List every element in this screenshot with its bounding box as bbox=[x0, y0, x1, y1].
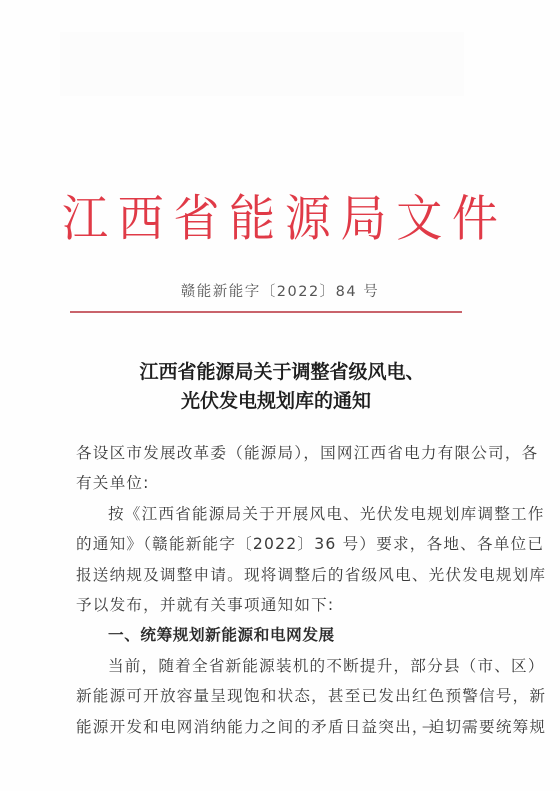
document-number: 赣能新能字〔2022〕84 号 bbox=[0, 280, 560, 301]
notice-title-line-1: 江西省能源局关于调整省级风电、 bbox=[0, 358, 560, 387]
notice-body: 各设区市发展改革委（能源局），国网江西省电力有限公司，各 有关单位: 按《江西省… bbox=[76, 438, 496, 742]
masthead-char: 西 bbox=[118, 186, 164, 251]
blank-header-area bbox=[60, 32, 464, 96]
masthead-char: 省 bbox=[173, 186, 219, 251]
body-paragraph-line: 当前，随着全省新能源装机的不断提升，部分县（市、区） bbox=[76, 651, 496, 681]
masthead-char: 件 bbox=[452, 186, 498, 251]
notice-title: 江西省能源局关于调整省级风电、 光伏发电规划库的通知 bbox=[0, 358, 560, 416]
masthead-char: 文 bbox=[396, 186, 442, 251]
body-paragraph-line: 予以发布，并就有关事项通知如下: bbox=[76, 590, 496, 620]
body-paragraph-line: 按《江西省能源局关于开展风电、光伏发电规划库调整工作 bbox=[76, 499, 496, 529]
masthead-char: 局 bbox=[341, 186, 387, 251]
notice-title-line-2: 光伏发电规划库的通知 bbox=[0, 387, 560, 416]
page-number: — 1 — bbox=[422, 719, 478, 735]
body-paragraph-line: 新能源可开放容量呈现饱和状态，甚至已发出红色预警信号，新 bbox=[76, 681, 496, 711]
addressee-line: 各设区市发展改革委（能源局），国网江西省电力有限公司，各 bbox=[76, 438, 496, 468]
masthead-char: 能 bbox=[229, 186, 275, 251]
red-divider-rule bbox=[70, 311, 462, 313]
body-paragraph-line: 报送纳规及调整申请。现将调整后的省级风电、光伏发电规划库 bbox=[76, 560, 496, 590]
masthead-title: 江 西 省 能 源 局 文 件 bbox=[62, 188, 498, 248]
document-page: 江 西 省 能 源 局 文 件 赣能新能字〔2022〕84 号 江西省能源局关于… bbox=[0, 0, 560, 791]
section-heading: 一、统筹规划新能源和电网发展 bbox=[76, 620, 496, 650]
masthead-char: 江 bbox=[62, 186, 108, 251]
body-paragraph-line: 的通知》（赣能新能字〔2022〕36 号）要求，各地、各单位已 bbox=[76, 529, 496, 559]
masthead-char: 源 bbox=[285, 186, 331, 251]
addressee-line: 有关单位: bbox=[76, 468, 496, 498]
